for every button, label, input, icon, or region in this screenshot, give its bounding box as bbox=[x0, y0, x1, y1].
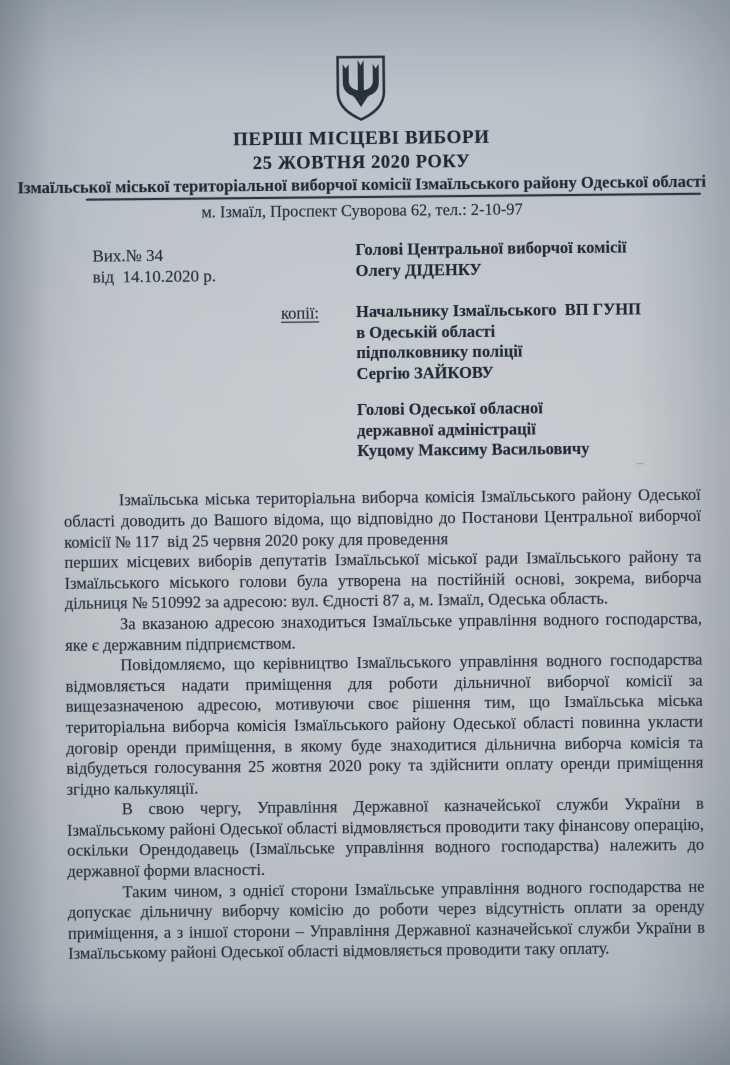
letterhead-address: м. Ізмаїл, Проспект Суворова 62, тел.: 2… bbox=[0, 198, 727, 225]
body-paragraph: В свою чергу, Управління Державної казна… bbox=[67, 794, 705, 882]
recipient-line: Голові Центральної виборчої комісії bbox=[355, 238, 626, 261]
body-paragraph: Повідомляємо, що керівництво Ізмаїльсько… bbox=[65, 650, 703, 800]
recipient-line: Олегу ДІДЕНКУ bbox=[356, 258, 627, 281]
recipient-line: Голові Одеської обласної bbox=[357, 398, 589, 421]
recipient-police-chief: Начальнику Ізмаїльського ВП ГУНП в Одесь… bbox=[356, 300, 642, 385]
body-paragraph: Таким чином, з однієї сторони Ізмаїльськ… bbox=[67, 876, 705, 964]
recipient-line: державної адміністрації bbox=[357, 419, 589, 442]
outgoing-date: від 14.10.2020 р. bbox=[93, 266, 217, 288]
body-paragraph: Ізмаїльська міська територіальна виборча… bbox=[64, 485, 702, 553]
outgoing-reference: Вих.№ 34 від 14.10.2020 р. bbox=[92, 246, 216, 288]
recipient-line: підполковнику поліції bbox=[356, 341, 641, 364]
body-paragraph: За вказаною адресою знаходиться Ізмаїльс… bbox=[65, 609, 702, 656]
stray-pen-mark: – bbox=[636, 456, 644, 473]
outgoing-number: Вих.№ 34 bbox=[92, 246, 216, 268]
recipient-line: Куцому Максиму Васильовичу bbox=[357, 439, 589, 462]
copies-label: копії: bbox=[281, 304, 319, 325]
ukraine-trident-emblem bbox=[329, 54, 394, 125]
reference-and-recipients: Вих.№ 34 від 14.10.2020 р. копії: Голові… bbox=[0, 237, 730, 488]
recipient-oblast-administration-head: Голові Одеської обласної державної адмін… bbox=[357, 398, 590, 462]
recipient-cec-head: Голові Центральної виборчої комісії Олег… bbox=[355, 238, 626, 282]
scanned-letter-photo: ПЕРШІ МІСЦЕВІ ВИБОРИ 25 ЖОВТНЯ 2020 РОКУ… bbox=[0, 0, 730, 1065]
body-paragraph: перших місцевих виборів депутатів Ізмаїл… bbox=[64, 547, 702, 615]
recipient-line: Сергію ЗАЙКОВУ bbox=[357, 361, 642, 384]
recipient-line: Начальнику Ізмаїльського ВП ГУНП bbox=[356, 300, 641, 323]
recipients-block: копії: Голові Центральної виборчої коміс… bbox=[355, 237, 707, 240]
recipient-line: в Одеській області bbox=[356, 320, 641, 343]
letter-body: Ізмаїльська міська територіальна виборча… bbox=[64, 485, 706, 965]
letter-page: ПЕРШІ МІСЦЕВІ ВИБОРИ 25 ЖОВТНЯ 2020 РОКУ… bbox=[0, 0, 730, 1065]
